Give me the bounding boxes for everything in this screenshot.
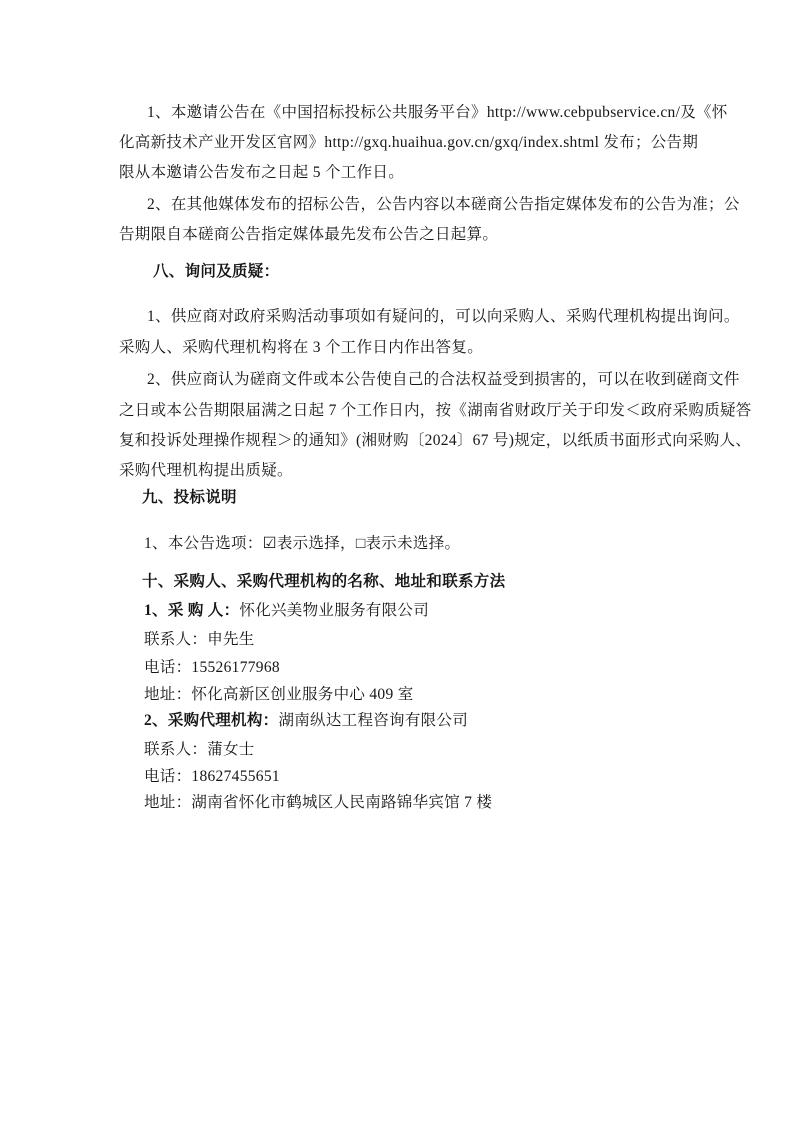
- agency-phone-line: 电话：18627455651: [144, 766, 280, 787]
- agency-name-line: 2、采购代理机构：湖南纵达工程咨询有限公司: [144, 710, 468, 731]
- agency-label: 2、采购代理机构：: [144, 712, 278, 729]
- paragraph-line: 1、供应商对政府采购活动事项如有疑问的，可以向采购人、采购代理机构提出询问。: [147, 306, 740, 327]
- agency-address-line: 地址：湖南省怀化市鹤城区人民南路锦华宾馆 7 楼: [144, 792, 492, 813]
- section-heading-bid-notes: 九、投标说明: [142, 487, 237, 508]
- paragraph-line: 化高新技术产业开发区官网》http://gxq.huaihua.gov.cn/g…: [119, 132, 698, 153]
- document-page: 1、本邀请公告在《中国招标投标公共服务平台》http://www.cebpubs…: [0, 0, 793, 1122]
- paragraph-line: 1、本邀请公告在《中国招标投标公共服务平台》http://www.cebpubs…: [147, 102, 728, 123]
- checkbox-legend-line: 1、本公告选项：☑表示选择，□表示未选择。: [144, 533, 460, 554]
- purchaser-label: 1、采 购 人：: [144, 602, 239, 619]
- paragraph-line: 复和投诉处理操作规程＞的通知》(湘财购〔2024〕67 号)规定，以纸质书面形式…: [119, 430, 751, 451]
- paragraph-line: 2、供应商认为磋商文件或本公告使自己的合法权益受到损害的，可以在收到磋商文件: [147, 369, 740, 390]
- section-heading-inquiry: 八、询问及质疑：: [153, 261, 279, 282]
- paragraph-line: 2、在其他媒体发布的招标公告，公告内容以本磋商公告指定媒体发布的公告为准；公: [147, 194, 740, 215]
- agency-contact-line: 联系人：蒲女士: [144, 739, 255, 760]
- agency-name: 湖南纵达工程咨询有限公司: [278, 712, 468, 729]
- paragraph-line: 之日或本公告期限届满之日起 7 个工作日内，按《湖南省财政厅关于印发＜政府采购质…: [119, 400, 752, 421]
- paragraph-line: 限从本邀请公告发布之日起 5 个工作日。: [119, 162, 404, 183]
- purchaser-name-line: 1、采 购 人：怀化兴美物业服务有限公司: [144, 600, 429, 621]
- paragraph-line: 告期限自本磋商公告指定媒体最先发布公告之日起算。: [119, 224, 498, 245]
- purchaser-contact-line: 联系人：申先生: [144, 629, 255, 650]
- paragraph-line: 采购人、采购代理机构将在 3 个工作日内作出答复。: [119, 337, 483, 358]
- purchaser-name: 怀化兴美物业服务有限公司: [239, 602, 429, 619]
- purchaser-address-line: 地址：怀化高新区创业服务中心 409 室: [144, 684, 414, 705]
- paragraph-line: 采购代理机构提出质疑。: [119, 460, 293, 481]
- purchaser-phone-line: 电话：15526177968: [144, 657, 280, 678]
- section-heading-contacts: 十、采购人、采购代理机构的名称、地址和联系方法: [142, 571, 505, 592]
